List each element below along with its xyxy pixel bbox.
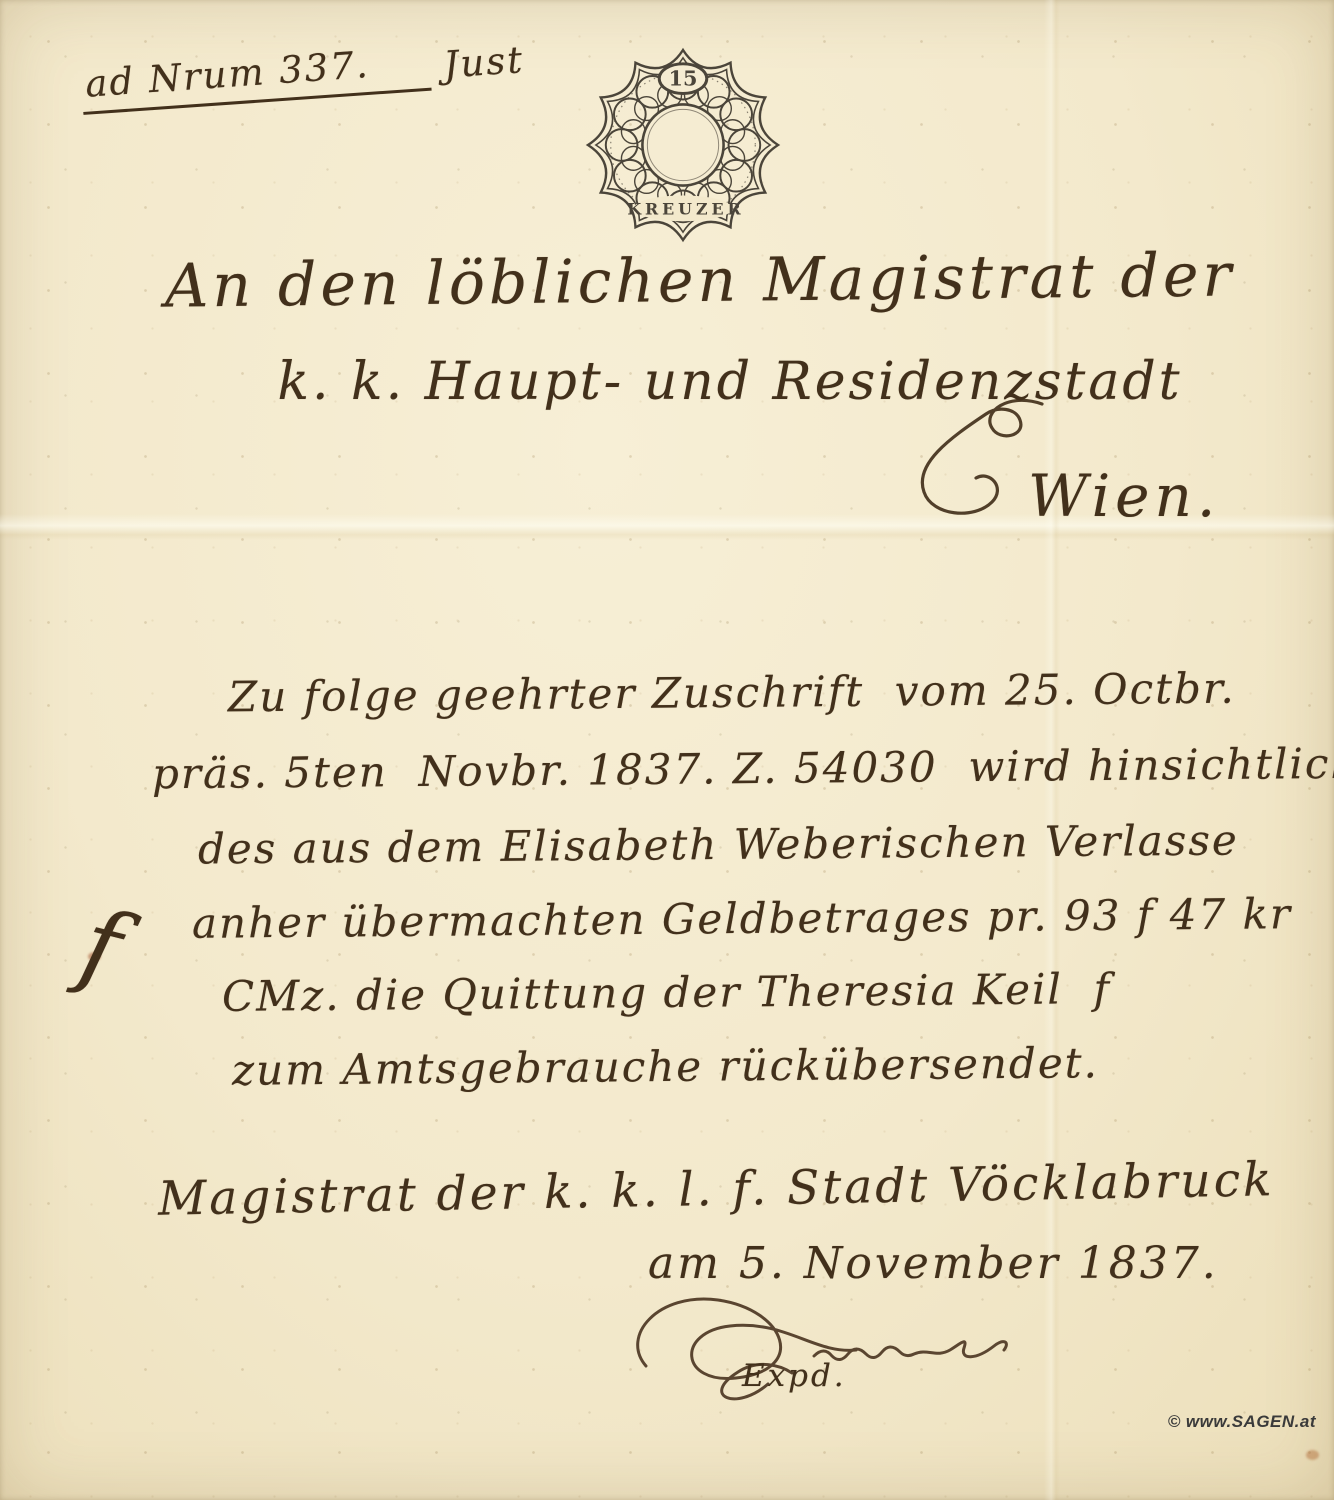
document-page: ad Nrum 337.Just [0, 0, 1334, 1500]
marginal-insertion-mark: f [73, 895, 131, 997]
watermark-credit: © www.SAGEN.at [1168, 1412, 1316, 1432]
closing-line-1: Magistrat der k. k. l. f. Stadt Vöcklabr… [158, 1152, 1275, 1226]
stamp-center-disc [642, 104, 723, 185]
body-line-1: Zu folge geehrter Zuschrift vom 25. Octb… [228, 664, 1236, 722]
body-line-4: anher übermachten Geldbetrages pr. 93 f … [192, 889, 1292, 948]
paper-stain [1306, 1450, 1319, 1460]
body-line-5: CMz. die Quittung der Theresia Keil f [222, 964, 1112, 1021]
reference-number: ad Nrum 337.Just [22, 0, 529, 162]
body-line-3: des aus dem Elisabeth Weberischen Verlas… [198, 815, 1239, 873]
revenue-stamp: 15 KREUZER [584, 46, 782, 244]
body-line-6: zum Amtsgebrauche rückübersendet. [232, 1038, 1099, 1095]
reference-number-underlined: ad Nrum 337. [80, 39, 431, 115]
reference-suffix: Just [442, 38, 525, 87]
body-line-2: präs. 5ten Novbr. 1837. Z. 54030 wird hi… [152, 739, 1334, 799]
stamp-value: 15 [669, 66, 698, 91]
signature-caption: Expd. [742, 1358, 847, 1394]
stamp-unit: KREUZER [627, 199, 744, 218]
address-line-1: An den löblichen Magistrat der [110, 240, 1291, 322]
address-city: Wien. [1028, 462, 1220, 530]
